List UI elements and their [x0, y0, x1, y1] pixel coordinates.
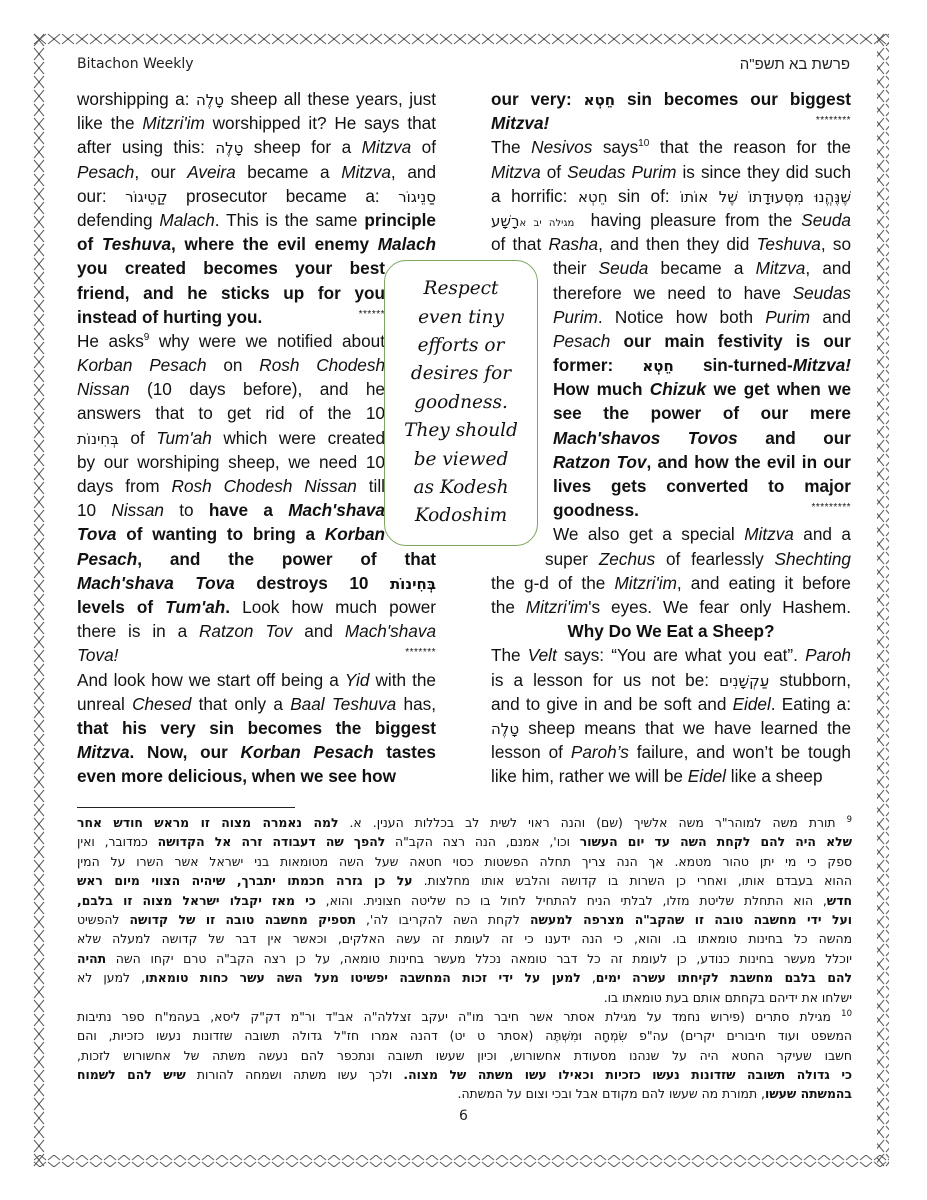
right-column-line: is a lesson for us not be: עַקְשָׁנִים s…	[491, 668, 851, 692]
left-column-line: that his very sin becomes the biggest	[77, 716, 436, 740]
publication-title: Bitachon Weekly	[77, 56, 194, 72]
right-column-line: How much Chizuk we get when we	[553, 377, 851, 401]
parsha-title: פרשת בא תשפ"ה	[740, 56, 850, 73]
left-column-line: 10 Nissan to have a Mach'shava	[77, 498, 385, 522]
left-column-line: there is in a Ratzon Tov and Mach'shava	[77, 619, 436, 643]
footnote-line: שלא היה להם לקחת השה עד יום העשור וכו', …	[77, 832, 852, 851]
footnote-line: מהשה כל בחינות טומאתו בו. והוא, כי הנה י…	[77, 929, 852, 948]
right-column-line: the Mitzri'im's eyes. We fear only Hashe…	[491, 595, 851, 619]
footnote-line: יוכלל מעשר בחינות כנודע, כן לעומת זה כל …	[77, 949, 852, 968]
right-column-line: our very: חֵטְא sin becomes our biggest	[491, 87, 851, 111]
left-column-line: Pesach, our Aveira became a Mitzva, and	[77, 160, 436, 184]
left-column-line: Mitzva. Now, our Korban Pesach tastes	[77, 740, 436, 764]
left-column-line: by our worshiping sheep, we need 10	[77, 450, 385, 474]
right-column-line: We also get a special Mitzva and a	[553, 522, 851, 546]
pull-quote-line: efforts or	[418, 332, 505, 360]
left-column-line: instead of hurting you.******	[77, 305, 385, 329]
right-column-line: like him, rather we will be Eidel like a…	[491, 764, 851, 788]
footnote-line: 10 מגילת סתרים (פירוש נחמד על מגילת אסתר…	[77, 1007, 852, 1026]
pull-quote-box: Respecteven tinyefforts ordesires forgoo…	[384, 260, 538, 546]
left-column-line: Pesach, and the power of that	[77, 547, 436, 571]
right-column-line: lesson of Paroh’s failure, and won’t be …	[491, 740, 851, 764]
pull-quote-line: be viewed	[414, 446, 509, 474]
right-column-line: רָשָׁע מגילה יב א having pleasure from t…	[491, 208, 851, 232]
pull-quote-line: Respect	[424, 275, 499, 303]
right-column-line: therefore we need to have Seudas	[553, 281, 851, 305]
left-column-line: of Teshuva, where the evil enemy Malach	[77, 232, 436, 256]
right-column-line: super Zechus of fearlessly Shechting	[545, 547, 851, 571]
left-column-line: levels of Tum'ah. Look how much power	[77, 595, 436, 619]
footnote-separator	[77, 807, 295, 808]
footnote-line: כי גדולה תשובה שזדונות נעשו כזכיות וכאיל…	[77, 1065, 852, 1084]
right-column-line: lives gets converted to major	[553, 474, 851, 498]
left-column-line: Korban Pesach on Rosh Chodesh	[77, 353, 385, 377]
right-column-line: and to give in and be soft and Eidel. Ea…	[491, 692, 851, 716]
footnote-line: ועל ידי מחשבה טובה זו שהקב"ה מצרפה למעשה…	[77, 910, 852, 929]
footnotes: 9 תורת משה למוהר"ר משה אלשיך (שם) והנה ר…	[77, 813, 852, 1104]
footnote-line: בהמשתה שעשו, תמורת מה שעשו להם מקודם אבל…	[77, 1084, 852, 1103]
pull-quote-line: as Kodesh	[413, 474, 508, 502]
left-column-line: like the Mitzri'im worshipped it? He say…	[77, 111, 436, 135]
page-number: 6	[0, 1108, 927, 1124]
pull-quote-line: even tiny	[418, 304, 504, 332]
right-column-line: of that Rasha, and then they did Teshuva…	[491, 232, 851, 256]
left-column-line: days from Rosh Chodesh Nissan till	[77, 474, 385, 498]
right-column-line: Pesach our main festivity is our	[553, 329, 851, 353]
section-heading: Why Do We Eat a Sheep?	[491, 619, 851, 643]
footnote-line: ישלחו את ידיהם בקחתם אותם בעת טומאתו בו.	[77, 988, 852, 1007]
left-column-line: answers that to get rid of the 10	[77, 401, 385, 425]
footnote-line: חדש, הוא התחלת שליטת מזלו, לבלתי הניח לה…	[77, 891, 852, 910]
footnote-line: 9 תורת משה למוהר"ר משה אלשיך (שם) והנה ר…	[77, 813, 852, 832]
right-column-line: Purim. Notice how both Purim and	[553, 305, 851, 329]
section-divider-stars: *******	[405, 643, 436, 663]
right-column-line: goodness.*********	[553, 498, 851, 522]
section-divider-stars: ******	[359, 305, 385, 325]
footnote-line: חשבו שעיקר החטא היה על שנהנו מסעודת אחשו…	[77, 1046, 852, 1065]
right-column-line: The Nesivos says10 that the reason for t…	[491, 135, 851, 159]
right-column-line: טָלֶה sheep means that we have learned t…	[491, 716, 851, 740]
left-column-line: worshipping a: טָלֶה sheep all these yea…	[77, 87, 436, 111]
left-column-line: defending Malach. This is the same princ…	[77, 208, 436, 232]
right-column-line: former: חֵטְא sin-turned-Mitzva!	[553, 353, 851, 377]
right-column-line: Ratzon Tov, and how the evil in our	[553, 450, 851, 474]
pull-quote-line: desires for	[411, 360, 511, 388]
left-column-line: Tova!*******	[77, 643, 436, 667]
footnote-line: ספק כי מי יתן טהור מטמא. אך הנה צריך תחל…	[77, 852, 852, 871]
right-column-line: Mach'shavos Tovos and our	[553, 426, 851, 450]
left-column-line: Nissan (10 days before), and he	[77, 377, 385, 401]
pull-quote-line: They should	[404, 417, 518, 445]
pull-quote-line: goodness.	[414, 389, 508, 417]
section-divider-stars: ********	[816, 111, 851, 131]
right-column-article: our very: חֵטְא sin becomes our biggestM…	[491, 87, 851, 788]
left-column-line: friend, and he sticks up for you	[77, 281, 385, 305]
left-column-line: Mach'shava Tova destroys 10 בְּחִינוֹת	[77, 571, 436, 595]
right-column-line: The Velt says: “You are what you eat”. P…	[491, 643, 851, 667]
pull-quote-line: Kodoshim	[415, 502, 507, 530]
left-column-line: you created becomes your best	[77, 256, 385, 280]
right-column-line: see the power of our mere	[553, 401, 851, 425]
right-column-line: a horrific: חֵטְא sin of: שֶׁנֶּהֱנוּ מִ…	[491, 184, 851, 208]
left-column-line: He asks9 why were we notified about	[77, 329, 385, 353]
left-column-line: after using this: טָלֶה sheep for a Mitz…	[77, 135, 436, 159]
right-column-line: their Seuda became a Mitzva, and	[553, 256, 851, 280]
footnote-line: ההוא בעבדם אותו, ואחרי כן השרות בו קדושה…	[77, 871, 852, 890]
left-column-line: even more delicious, when we see how	[77, 764, 436, 788]
section-divider-stars: *********	[811, 498, 851, 518]
left-column-line: בְּחִינוֹת of Tum'ah which were created	[77, 426, 385, 450]
left-column-line: Tova of wanting to bring a Korban	[77, 522, 385, 546]
right-column-line: the g-d of the Mitzri'im, and eating it …	[491, 571, 851, 595]
left-column-article: worshipping a: טָלֶה sheep all these yea…	[77, 87, 436, 788]
right-column-line: Mitzva!********	[491, 111, 851, 135]
left-column-line: unreal Chesed that only a Baal Teshuva h…	[77, 692, 436, 716]
footnote-line: המשפט ועוד חיבורים יקרים) עה"פ שִׂמְחָה …	[77, 1026, 852, 1045]
right-column-line: Mitzva of Seudas Purim is since they did…	[491, 160, 851, 184]
footnote-line: להם בלבם מחשבת לקיחתו עשרה ימים, למען על…	[77, 968, 852, 987]
left-column-line: our: קַטֵיגוֹר prosecutor became a: סַנֵ…	[77, 184, 436, 208]
left-column-line: And look how we start off being a Yid wi…	[77, 668, 436, 692]
